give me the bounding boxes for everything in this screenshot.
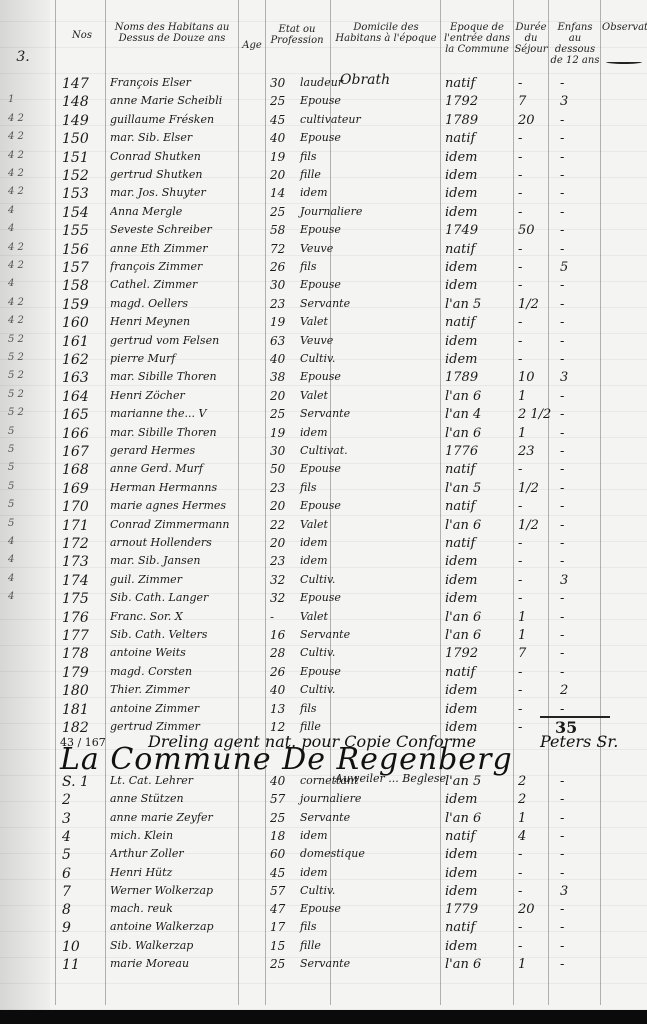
occupation: Cultiv. xyxy=(300,573,380,586)
stay-duration: - xyxy=(518,150,550,165)
resident-name: françois Zimmer xyxy=(110,260,265,273)
children-count: 3 xyxy=(560,370,600,385)
children-count: - xyxy=(560,334,600,349)
resident-name: Cathel. Zimmer xyxy=(110,278,265,291)
occupation: fils xyxy=(300,920,380,933)
header-age: Age xyxy=(240,40,264,51)
stay-duration: - xyxy=(518,205,550,220)
children-count: - xyxy=(560,518,600,533)
children-count: - xyxy=(560,462,600,477)
children-count: - xyxy=(560,774,600,789)
stay-duration: - xyxy=(518,131,550,146)
arrival-epoch: natif xyxy=(445,665,515,680)
age: 50 xyxy=(270,462,296,476)
occupation: Journaliere xyxy=(300,205,380,218)
children-count: - xyxy=(560,481,600,496)
age: 45 xyxy=(270,866,296,880)
arrival-epoch: 1789 xyxy=(445,370,515,385)
children-count: - xyxy=(560,444,600,459)
arrival-epoch: idem xyxy=(445,792,515,807)
age: 25 xyxy=(270,94,296,108)
occupation: Valet xyxy=(300,518,380,531)
resident-name: Werner Wolkerzap xyxy=(110,884,265,897)
children-count: - xyxy=(560,278,600,293)
margin-note: 1 xyxy=(8,94,48,105)
arrival-epoch: idem xyxy=(445,866,515,881)
children-count: - xyxy=(560,131,600,146)
children-count: - xyxy=(560,902,600,917)
margin-note: 4 2 xyxy=(8,168,48,179)
occupation: fils xyxy=(300,481,380,494)
resident-name: mar. Sib. Elser xyxy=(110,131,265,144)
age: 30 xyxy=(270,278,296,292)
children-count: - xyxy=(560,242,600,257)
margin-note: 4 xyxy=(8,554,48,565)
occupation: domestique xyxy=(300,847,380,860)
resident-name: anne Marie Scheibli xyxy=(110,94,265,107)
occupation: Servante xyxy=(300,811,380,824)
age: 15 xyxy=(270,939,296,953)
stay-duration: - xyxy=(518,168,550,183)
occupation: Cultiv. xyxy=(300,352,380,365)
resident-name: antoine Walkerzap xyxy=(110,920,265,933)
resident-name: guil. Zimmer xyxy=(110,573,265,586)
resident-name: mar. Sibille Thoren xyxy=(110,426,265,439)
occupation: Cultivat. xyxy=(300,444,380,457)
margin-note: 5 xyxy=(8,462,48,473)
arrival-epoch: idem xyxy=(445,573,515,588)
age: 58 xyxy=(270,223,296,237)
arrival-epoch: idem xyxy=(445,683,515,698)
children-count: - xyxy=(560,315,600,330)
stay-duration: - xyxy=(518,462,550,477)
arrival-epoch: idem xyxy=(445,554,515,569)
age: 63 xyxy=(270,334,296,348)
age: 19 xyxy=(270,315,296,329)
children-count: - xyxy=(560,168,600,183)
stay-duration: 1 xyxy=(518,389,550,404)
stay-duration: - xyxy=(518,554,550,569)
arrival-epoch: idem xyxy=(445,278,515,293)
stay-duration: 10 xyxy=(518,370,550,385)
occupation: Cultiv. xyxy=(300,683,380,696)
stay-duration: - xyxy=(518,683,550,698)
age: 26 xyxy=(270,665,296,679)
resident-name: arnout Hollenders xyxy=(110,536,265,549)
age: 25 xyxy=(270,957,296,971)
age: 25 xyxy=(270,407,296,421)
stay-duration: - xyxy=(518,536,550,551)
resident-name: mich. Klein xyxy=(110,829,265,842)
children-count: - xyxy=(560,610,600,625)
children-count: - xyxy=(560,829,600,844)
stay-duration: - xyxy=(518,939,550,954)
margin-note: 4 2 xyxy=(8,260,48,271)
occupation: fils xyxy=(300,260,380,273)
age: 57 xyxy=(270,884,296,898)
header-number: Nos xyxy=(62,30,102,41)
stay-duration: 1 xyxy=(518,811,550,826)
arrival-epoch: 1792 xyxy=(445,646,515,661)
stay-duration: - xyxy=(518,866,550,881)
arrival-epoch: 1776 xyxy=(445,444,515,459)
resident-name: Seveste Schreiber xyxy=(110,223,265,236)
occupation: Epouse xyxy=(300,223,380,236)
age: 32 xyxy=(270,573,296,587)
margin-note: 4 2 xyxy=(8,113,48,124)
resident-name: marie agnes Hermes xyxy=(110,499,265,512)
occupation: idem xyxy=(300,186,380,199)
arrival-epoch: l'an 4 xyxy=(445,407,515,422)
children-count: - xyxy=(560,536,600,551)
resident-name: antoine Weits xyxy=(110,646,265,659)
arrival-epoch: 1789 xyxy=(445,113,515,128)
stay-duration: - xyxy=(518,702,550,717)
resident-name: Conrad Zimmermann xyxy=(110,518,265,531)
table-row: 11marie Moreau25Servantel'an 61- xyxy=(0,953,647,979)
children-count: - xyxy=(560,389,600,404)
register-page: 3. Nos Noms des Habitans au Dessus de Do… xyxy=(0,0,647,1010)
resident-name: magd. Oellers xyxy=(110,297,265,310)
occupation: Epouse xyxy=(300,131,380,144)
occupation: fils xyxy=(300,150,380,163)
arrival-epoch: l'an 6 xyxy=(445,811,515,826)
resident-name: Sib. Cath. Langer xyxy=(110,591,265,604)
margin-note: 4 2 xyxy=(8,242,48,253)
arrival-epoch: natif xyxy=(445,920,515,935)
age: 38 xyxy=(270,370,296,384)
header-duree: Durée du Séjour xyxy=(514,22,548,55)
header-observations: Observations xyxy=(602,22,646,33)
age: 47 xyxy=(270,902,296,916)
resident-name: anne marie Zeyfer xyxy=(110,811,265,824)
age: 57 xyxy=(270,792,296,806)
age: 26 xyxy=(270,260,296,274)
age: 20 xyxy=(270,536,296,550)
resident-name: marie Moreau xyxy=(110,957,265,970)
arrival-epoch: natif xyxy=(445,536,515,551)
occupation: journaliere xyxy=(300,792,380,805)
arrival-epoch: idem xyxy=(445,702,515,717)
arrival-epoch: l'an 5 xyxy=(445,774,515,789)
header-names: Noms des Habitans au Dessus de Douze ans xyxy=(108,22,236,44)
arrival-epoch: idem xyxy=(445,334,515,349)
age: 30 xyxy=(270,76,296,90)
resident-name: Henri Hütz xyxy=(110,866,265,879)
occupation: Epouse xyxy=(300,370,380,383)
header-flourish xyxy=(606,60,642,64)
stay-duration: - xyxy=(518,352,550,367)
resident-name: Sib. Walkerzap xyxy=(110,939,265,952)
stay-duration: 1/2 xyxy=(518,518,550,533)
margin-note: 5 xyxy=(8,426,48,437)
arrival-epoch: l'an 6 xyxy=(445,426,515,441)
occupation: Servante xyxy=(300,407,380,420)
arrival-epoch: l'an 6 xyxy=(445,628,515,643)
children-count: - xyxy=(560,352,600,367)
resident-name: Thier. Zimmer xyxy=(110,683,265,696)
children-count: - xyxy=(560,426,600,441)
occupation: Valet xyxy=(300,389,380,402)
children-count: - xyxy=(560,554,600,569)
children-count: - xyxy=(560,76,600,91)
stay-duration: - xyxy=(518,278,550,293)
age: 23 xyxy=(270,554,296,568)
children-count: - xyxy=(560,150,600,165)
stay-duration: 2 xyxy=(518,774,550,789)
stay-duration: - xyxy=(518,884,550,899)
age: 30 xyxy=(270,444,296,458)
stay-duration: - xyxy=(518,665,550,680)
stay-duration: - xyxy=(518,260,550,275)
stay-duration: 50 xyxy=(518,223,550,238)
stay-duration: - xyxy=(518,847,550,862)
arrival-epoch: idem xyxy=(445,168,515,183)
occupation: fille xyxy=(300,168,380,181)
occupation: Servante xyxy=(300,297,380,310)
age: 23 xyxy=(270,481,296,495)
arrival-epoch: l'an 5 xyxy=(445,481,515,496)
age: 25 xyxy=(270,205,296,219)
occupation: Veuve xyxy=(300,242,380,255)
resident-name: mar. Sib. Jansen xyxy=(110,554,265,567)
stay-duration: 20 xyxy=(518,902,550,917)
age: 17 xyxy=(270,920,296,934)
age: 23 xyxy=(270,297,296,311)
resident-name: Conrad Shutken xyxy=(110,150,265,163)
stay-duration: 7 xyxy=(518,94,550,109)
occupation: Epouse xyxy=(300,902,380,915)
occupation: Valet xyxy=(300,610,380,623)
arrival-epoch: natif xyxy=(445,499,515,514)
resident-name: mar. Sibille Thoren xyxy=(110,370,265,383)
signature: Peters Sr. xyxy=(540,732,618,751)
occupation: cornettant xyxy=(300,774,380,787)
entry-number: 11 xyxy=(62,957,106,973)
resident-name: magd. Corsten xyxy=(110,665,265,678)
age: 45 xyxy=(270,113,296,127)
children-count: 3 xyxy=(560,884,600,899)
margin-note: 4 xyxy=(8,536,48,547)
children-count: - xyxy=(560,113,600,128)
stay-duration: - xyxy=(518,499,550,514)
age: 40 xyxy=(270,352,296,366)
occupation: fille xyxy=(300,939,380,952)
age: 20 xyxy=(270,168,296,182)
stay-duration: 2 xyxy=(518,792,550,807)
children-count: - xyxy=(560,847,600,862)
age: 40 xyxy=(270,131,296,145)
age: 32 xyxy=(270,591,296,605)
occupation: Veuve xyxy=(300,334,380,347)
age: 60 xyxy=(270,847,296,861)
arrival-epoch: l'an 5 xyxy=(445,297,515,312)
resident-name: Anna Mergle xyxy=(110,205,265,218)
children-count: - xyxy=(560,939,600,954)
occupation: Servante xyxy=(300,628,380,641)
stay-duration: - xyxy=(518,76,550,91)
margin-note: 4 2 xyxy=(8,315,48,326)
resident-name: anne Eth Zimmer xyxy=(110,242,265,255)
age: 20 xyxy=(270,389,296,403)
stay-duration: 2 1/2 xyxy=(518,407,550,422)
children-count: 3 xyxy=(560,573,600,588)
occupation: idem xyxy=(300,426,380,439)
occupation: Epouse xyxy=(300,462,380,475)
header-domicile: Domicile des Habitans à l'époque xyxy=(334,22,438,44)
children-count: - xyxy=(560,866,600,881)
stay-duration: - xyxy=(518,591,550,606)
stay-duration: 4 xyxy=(518,829,550,844)
stay-duration: - xyxy=(518,186,550,201)
arrival-epoch: natif xyxy=(445,462,515,477)
stay-duration: 1 xyxy=(518,426,550,441)
margin-note: 5 xyxy=(8,499,48,510)
age: 20 xyxy=(270,499,296,513)
resident-name: François Elser xyxy=(110,76,265,89)
children-count: - xyxy=(560,957,600,972)
margin-note: 5 2 xyxy=(8,370,48,381)
occupation: Epouse xyxy=(300,591,380,604)
margin-note: 4 2 xyxy=(8,150,48,161)
margin-note: 5 xyxy=(8,444,48,455)
stay-duration: 1 xyxy=(518,957,550,972)
margin-note: 4 xyxy=(8,205,48,216)
margin-note: 4 2 xyxy=(8,131,48,142)
arrival-epoch: idem xyxy=(445,352,515,367)
age: 40 xyxy=(270,683,296,697)
resident-name: anne Gerd. Murf xyxy=(110,462,265,475)
children-count: - xyxy=(560,920,600,935)
age: 13 xyxy=(270,702,296,716)
arrival-epoch: 1792 xyxy=(445,94,515,109)
age: 19 xyxy=(270,426,296,440)
total-count: 35 xyxy=(555,718,577,737)
arrival-epoch: 1779 xyxy=(445,902,515,917)
age: 22 xyxy=(270,518,296,532)
arrival-epoch: idem xyxy=(445,847,515,862)
children-count: - xyxy=(560,702,600,717)
resident-name: Franc. Sor. X xyxy=(110,610,265,623)
children-count: - xyxy=(560,297,600,312)
arrival-epoch: idem xyxy=(445,186,515,201)
children-count: - xyxy=(560,646,600,661)
resident-name: mach. reuk xyxy=(110,902,265,915)
arrival-epoch: l'an 6 xyxy=(445,389,515,404)
occupation: Epouse xyxy=(300,499,380,512)
entry-number: 182 xyxy=(62,720,106,736)
stay-duration: - xyxy=(518,334,550,349)
occupation: Valet xyxy=(300,315,380,328)
resident-name: anne Stützen xyxy=(110,792,265,805)
margin-note: 4 xyxy=(8,278,48,289)
resident-name: pierre Murf xyxy=(110,352,265,365)
arrival-epoch: natif xyxy=(445,829,515,844)
resident-name: Lt. Cat. Lehrer xyxy=(110,774,265,787)
arrival-epoch: idem xyxy=(445,205,515,220)
margin-note: 5 xyxy=(8,481,48,492)
occupation: idem xyxy=(300,554,380,567)
arrival-epoch: idem xyxy=(445,939,515,954)
children-count: - xyxy=(560,665,600,680)
occupation: idem xyxy=(300,829,380,842)
scan-edge xyxy=(0,1010,647,1024)
age: 25 xyxy=(270,811,296,825)
age: - xyxy=(270,610,296,624)
margin-note: 5 2 xyxy=(8,407,48,418)
age: 19 xyxy=(270,150,296,164)
age: 16 xyxy=(270,628,296,642)
children-count: - xyxy=(560,792,600,807)
stay-duration: 1 xyxy=(518,610,550,625)
resident-name: Sib. Cath. Velters xyxy=(110,628,265,641)
resident-name: gertrud vom Felsen xyxy=(110,334,265,347)
children-count: 5 xyxy=(560,260,600,275)
header-enfants: Enfans au dessous de 12 ans xyxy=(550,22,600,66)
children-count: 2 xyxy=(560,683,600,698)
header-state: Etat ou Profession xyxy=(266,24,328,46)
children-count: 3 xyxy=(560,94,600,109)
occupation: fils xyxy=(300,702,380,715)
margin-note: 4 xyxy=(8,223,48,234)
occupation: Cultiv. xyxy=(300,884,380,897)
stay-duration: 20 xyxy=(518,113,550,128)
arrival-epoch: idem xyxy=(445,591,515,606)
margin-note: 4 2 xyxy=(8,186,48,197)
arrival-epoch: idem xyxy=(445,260,515,275)
arrival-epoch: 1749 xyxy=(445,223,515,238)
stay-duration: - xyxy=(518,920,550,935)
margin-note: 5 2 xyxy=(8,389,48,400)
age: 18 xyxy=(270,829,296,843)
occupation: Epouse xyxy=(300,94,380,107)
margin-note: 5 2 xyxy=(8,352,48,363)
age: 40 xyxy=(270,774,296,788)
arrival-epoch: natif xyxy=(445,131,515,146)
children-count: - xyxy=(560,223,600,238)
children-count: - xyxy=(560,499,600,514)
stay-duration: 7 xyxy=(518,646,550,661)
arrival-epoch: l'an 6 xyxy=(445,957,515,972)
arrival-epoch: idem xyxy=(445,150,515,165)
occupation: Servante xyxy=(300,957,380,970)
stay-duration: 1/2 xyxy=(518,297,550,312)
resident-name: mar. Jos. Shuyter xyxy=(110,186,265,199)
stay-duration: - xyxy=(518,315,550,330)
occupation: Cultiv. xyxy=(300,646,380,659)
age: 14 xyxy=(270,186,296,200)
arrival-epoch: l'an 6 xyxy=(445,610,515,625)
children-count: - xyxy=(560,811,600,826)
margin-note: 5 xyxy=(8,518,48,529)
arrival-epoch: natif xyxy=(445,242,515,257)
margin-note: 4 2 xyxy=(8,297,48,308)
occupation: Epouse xyxy=(300,665,380,678)
children-count: - xyxy=(560,186,600,201)
margin-note: 4 xyxy=(8,573,48,584)
stay-duration: 1 xyxy=(518,628,550,643)
children-count: - xyxy=(560,628,600,643)
occupation: cultivateur xyxy=(300,113,380,126)
page-marker: 3. xyxy=(8,52,38,63)
resident-name: antoine Zimmer xyxy=(110,702,265,715)
occupation: idem xyxy=(300,536,380,549)
resident-name: marianne the... V xyxy=(110,407,265,420)
resident-name: Henri Meynen xyxy=(110,315,265,328)
resident-name: guillaume Frésken xyxy=(110,113,265,126)
arrival-epoch: l'an 6 xyxy=(445,518,515,533)
resident-name: Henri Zöcher xyxy=(110,389,265,402)
